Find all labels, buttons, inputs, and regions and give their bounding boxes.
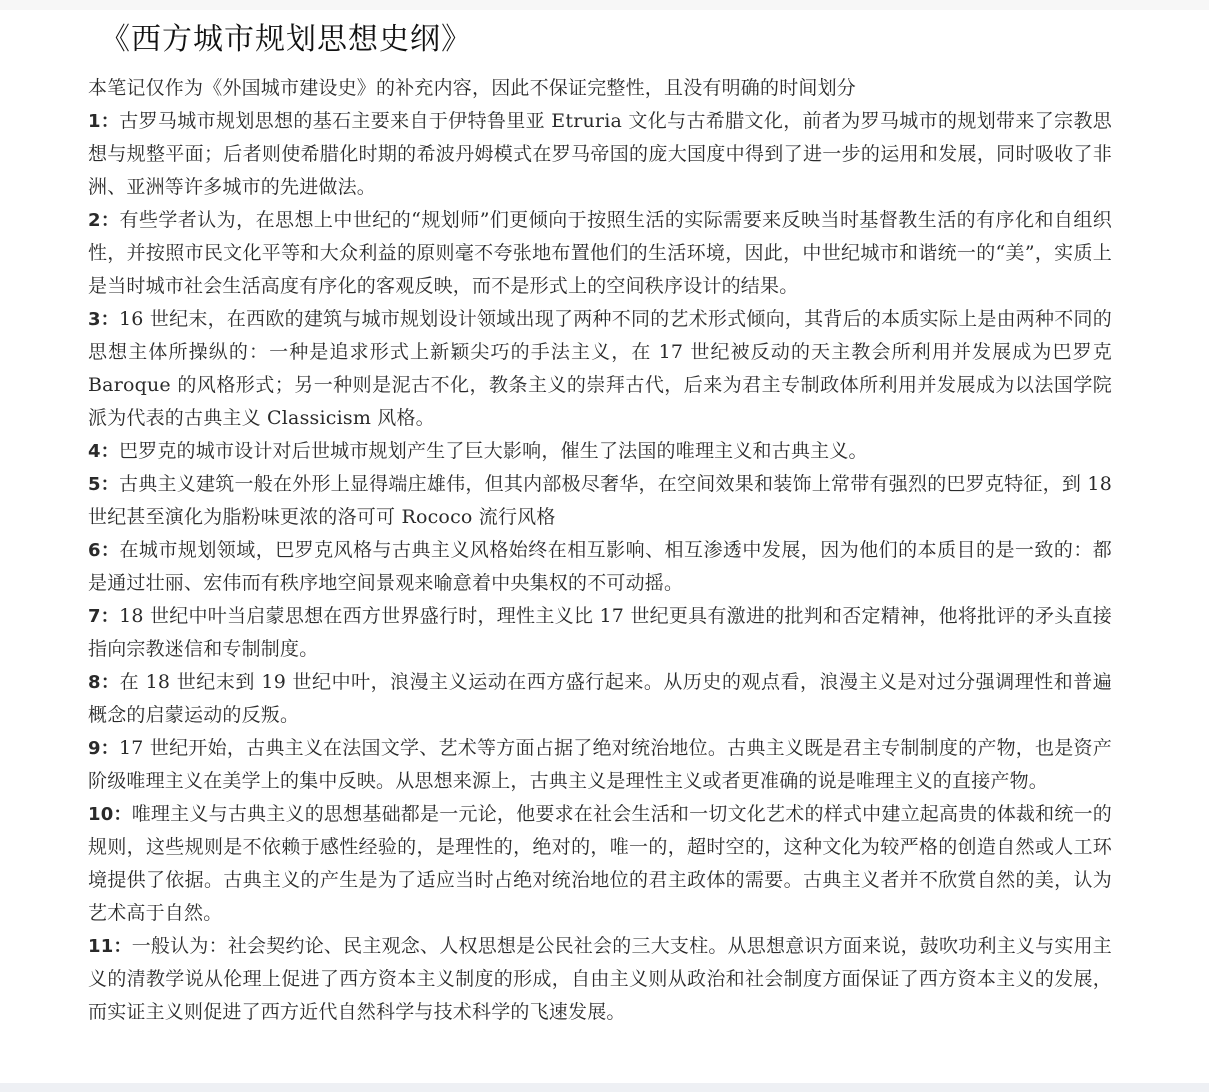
paragraph-7: 7：18 世纪中叶当启蒙思想在西方世界盛行时，理性主义比 17 世纪更具有激进的… [88,600,1112,666]
paragraph-11: 11：一般认为：社会契约论、民主观念、人权思想是公民社会的三大支柱。从思想意识方… [88,930,1112,1029]
document-page: 《西方城市规划思想史纲》 本笔记仅作为《外国城市建设史》的补充内容，因此不保证完… [88,18,1112,1029]
bottom-edge [0,1083,1209,1092]
paragraph-5: 5：古典主义建筑一般在外形上显得端庄雄伟，但其内部极尽奢华，在空间效果和装饰上常… [88,468,1112,534]
intro-note: 本笔记仅作为《外国城市建设史》的补充内容，因此不保证完整性，且没有明确的时间划分 [88,72,1112,105]
document-title: 《西方城市规划思想史纲》 [100,18,1112,62]
paragraph-9: 9：17 世纪开始，古典主义在法国文学、艺术等方面占据了绝对统治地位。古典主义既… [88,732,1112,798]
paragraph-10: 10：唯理主义与古典主义的思想基础都是一元论，他要求在社会生活和一切文化艺术的样… [88,798,1112,930]
paragraph-6: 6：在城市规划领域，巴罗克风格与古典主义风格始终在相互影响、相互渗透中发展，因为… [88,534,1112,600]
paragraph-4: 4：巴罗克的城市设计对后世城市规划产生了巨大影响，催生了法国的唯理主义和古典主义… [88,435,1112,468]
top-edge [0,0,1209,10]
paragraph-3: 3：16 世纪末，在西欧的建筑与城市规划设计领域出现了两种不同的艺术形式倾向，其… [88,303,1112,435]
paragraph-1: 1：古罗马城市规划思想的基石主要来自于伊特鲁里亚 Etruria 文化与古希腊文… [88,105,1112,204]
paragraph-8: 8：在 18 世纪末到 19 世纪中叶，浪漫主义运动在西方盛行起来。从历史的观点… [88,666,1112,732]
paragraph-2: 2：有些学者认为，在思想上中世纪的“规划师”们更倾向于按照生活的实际需要来反映当… [88,204,1112,303]
